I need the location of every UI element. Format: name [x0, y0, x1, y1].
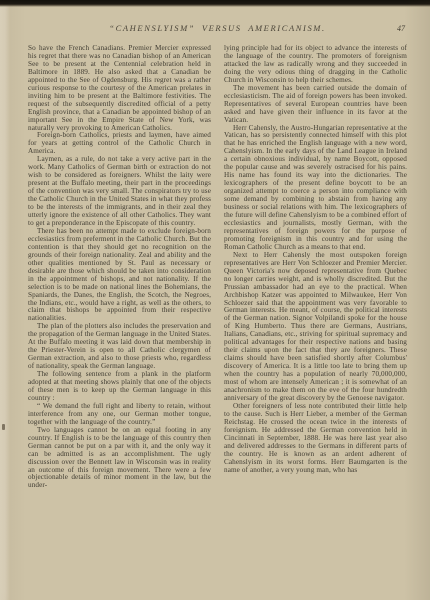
paragraph: The plan of the plotters also includes t…: [28, 323, 211, 371]
page-body: “CAHENSLYISM” VERSUS AMERICANISM. 47 So …: [0, 0, 430, 490]
paragraph: There has been no attempt made to exclud…: [28, 228, 211, 323]
paragraph: Herr Cahensly, the Austro-Hungarian repr…: [224, 125, 407, 252]
running-header: “CAHENSLYISM” VERSUS AMERICANISM. 47: [28, 23, 407, 36]
paragraph: Foreign-born Catholics, priests and laym…: [28, 132, 211, 156]
paragraph: Next to Herr Cahensly the most outspoken…: [224, 252, 407, 403]
paragraph: “ We demand the full right and liberty t…: [28, 403, 211, 427]
paragraph: Other foreigners of less note contribute…: [224, 403, 407, 475]
paragraph: The following sentence from a plank in t…: [28, 371, 211, 403]
scanned-book-page: “CAHENSLYISM” VERSUS AMERICANISM. 47 So …: [0, 0, 430, 600]
scan-top-edge: [0, 0, 430, 7]
text-column-left: So have the French Canadians. Premier Me…: [28, 45, 211, 490]
page-number: 47: [397, 24, 405, 33]
text-columns: So have the French Canadians. Premier Me…: [28, 45, 407, 490]
paragraph: So have the French Canadians. Premier Me…: [28, 45, 211, 132]
paragraph: lying principle had for its object to ad…: [224, 45, 407, 85]
page-title: “CAHENSLYISM” VERSUS AMERICANISM.: [109, 23, 325, 33]
paragraph: The movement has been carried outside th…: [224, 85, 407, 125]
text-column-right: lying principle had for its object to ad…: [224, 45, 407, 490]
paragraph: Two languages cannot be on an equal foot…: [28, 427, 211, 491]
paragraph: Laymen, as a rule, do not take a very ac…: [28, 156, 211, 228]
